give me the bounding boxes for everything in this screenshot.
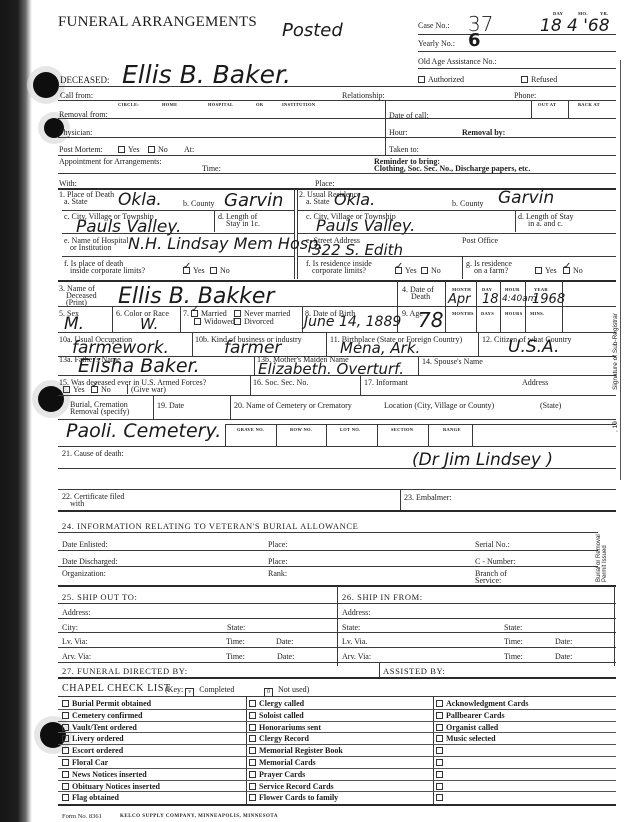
sub-registrar-label: Signature of Sub-Registrar [612,313,619,390]
ship-in-lv-date-label: Date: [555,637,572,646]
form-number: Form No. 8361 [62,813,102,820]
assisted-by-label: ASSISTED BY: [383,666,445,676]
checklist-item-label: Escort ordered [72,746,123,755]
checklist-item-label: Acknowledgment Cards [446,699,528,708]
checklist-item[interactable]: Livery ordered [62,734,124,743]
checklist-item-label: Pallbearer Cards [446,711,505,720]
checklist-item-label: Flag obtained [72,793,119,802]
burial-method-label-2: Removal (specify) [70,407,129,416]
checklist-item-label: Memorial Cards [259,758,316,767]
cause-value: (Dr Jim Lindsey ) [412,450,553,470]
checklist-checkbox[interactable] [62,771,69,778]
checklist-item[interactable]: Obituary Notices inserted [62,782,160,791]
checklist-item-label: Honorariums sent [259,723,321,732]
circle-institution[interactable]: INSTITUTION [282,102,315,107]
pod-corp-no-checkbox[interactable] [210,267,217,274]
circle-label: CIRCLE: [118,102,139,107]
rank-label: Rank: [268,569,287,578]
birthplace-value: Mena, Ark. [340,339,420,357]
serial-no-label: Serial No.: [475,540,510,549]
divorced-checkbox[interactable] [234,318,241,325]
date-enlisted-label: Date Enlisted: [62,540,108,549]
yearly-no-value: 6 [468,30,481,51]
checklist-checkbox[interactable] [62,735,69,742]
cause-label: 21. Cause of death: [62,449,124,458]
scan-edge [0,0,32,822]
checklist-checkbox[interactable] [62,747,69,754]
post-mortem-label: Post Mortem: [59,145,103,154]
checklist-item-label: Organist called [446,723,498,732]
post-mortem-no-checkbox[interactable] [148,146,155,153]
pod-county-label: b. County [183,199,215,208]
authorized-label: Authorized [428,75,464,84]
checklist-item-label: Cemetery confirmed [72,711,142,720]
key-prefix: (Key: [165,685,183,694]
ship-out-heading: 25. SHIP OUT TO: [62,592,137,602]
checklist-item-label: Burial Permit obtained [72,699,151,708]
age-col-mins: MINS. [530,311,544,316]
res-state-label: a. State [306,197,330,206]
checklist-item-label: Music selected [446,734,496,743]
ship-out-city-label: City: [62,623,78,632]
checklist-checkbox[interactable] [436,783,443,790]
res-farm-yes-checkbox[interactable] [535,267,542,274]
checklist-checkbox[interactable] [249,747,256,754]
marital-divorced[interactable]: Divorced [234,317,274,326]
ship-out-lv-date-label: Date: [276,637,293,646]
checklist-item[interactable]: Memorial Register Book [249,746,343,755]
checklist-heading: CHAPEL CHECK LIST [62,683,171,694]
checklist-item-label: Service Record Cards [259,782,334,791]
informant-address-label: Address [522,378,548,387]
refused-checkbox[interactable] [521,76,528,83]
checklist-item[interactable]: Music selected [436,734,496,743]
checklist-item-label: Clergy Record [259,734,309,743]
res-county-value: Garvin [498,188,554,208]
ship-out-state-label: State: [227,623,245,632]
checklist-item-label: Prayer Cards [259,770,305,779]
pod-stay-label-2: Stay in 1c. [226,219,260,228]
death-month-value: Apr [448,292,471,307]
physician-label: Physician: [59,128,92,137]
circle-or: OR [256,102,263,107]
date-discharged-label: Date Discharged: [62,557,118,566]
res-stay-label-2: in a. and c. [528,219,563,228]
res-corp-yes[interactable]: Yes [395,266,417,275]
ship-in-state2-label: State: [504,623,522,632]
place-label: Place: [315,179,335,188]
checklist-item-label: Vault/Tent ordered [72,723,137,732]
checklist-item[interactable]: Vault/Tent ordered [62,723,137,732]
married-checkbox[interactable] [191,310,198,317]
ship-out-arv-date-label: Date: [277,652,294,661]
age-value: 78 [418,308,443,332]
checklist-checkbox[interactable] [249,735,256,742]
armed-no[interactable]: No [91,385,111,394]
no-label: No [158,145,168,154]
pod-corp-yes-checkbox[interactable] [183,267,190,274]
yes-label: Yes [128,145,140,154]
checklist-item[interactable]: Escort ordered [62,746,123,755]
checklist-checkbox[interactable] [436,794,443,801]
hour-label: Hour: [389,128,408,137]
publisher: KELCO SUPPLY COMPANY, MINNEAPOLIS, MINNE… [120,814,278,819]
yearly-no-label: Yearly No.: [418,39,455,48]
res-farm-no-checkbox[interactable] [563,267,570,274]
pod-hospital-label-2: or Institution [70,243,112,252]
ship-in-arv-via-label: Arv. Via: [342,652,371,661]
checklist-item[interactable]: Memorial Cards [249,758,316,767]
informant-label: 17. Informant [364,378,408,387]
res-corp-label-2: corporate limits? [312,266,366,275]
burial-date-label: 19. Date [157,401,184,410]
checklist-item[interactable]: Prayer Cards [249,770,305,779]
punch-hole [38,386,64,412]
with-label: With: [59,179,77,188]
checklist-item[interactable]: Organist called [436,723,498,732]
ship-in-heading: 26. SHIP IN FROM: [342,592,423,602]
ship-in-arv-time-label: Time: [504,652,523,661]
age-col-months: MONTHS [452,311,474,316]
checklist-checkbox[interactable] [436,771,443,778]
punch-hole [33,72,59,98]
ship-in-lv-via-label: Lv. Via. [342,637,367,646]
give-war-label: (Give war) [131,385,166,394]
checklist-checkbox[interactable] [249,794,256,801]
old-age-label: Old Age Assistance No.: [418,57,497,66]
checklist-checkbox[interactable] [436,735,443,742]
ship-out-arv-time-label: Time: [226,652,245,661]
post-mortem-yes-checkbox[interactable] [118,146,125,153]
divorced-label: Divorced [244,317,274,326]
post-mortem-no[interactable]: No [148,145,168,154]
checklist-item[interactable]: Floral Car [62,758,108,767]
burial-state-label: (State) [540,401,561,410]
ship-out-address-label: Address: [62,608,90,617]
yes-label: Yes [193,266,205,275]
pod-corp-no[interactable]: No [210,266,230,275]
checklist-item[interactable]: Honorariums sent [249,723,321,732]
no-label: No [431,266,441,275]
checklist-item-label: Clergy called [259,699,304,708]
father-value: Elisha Baker. [78,355,200,377]
back-at-label: BACK AT [578,102,600,107]
authorized-option[interactable]: Authorized [418,75,464,84]
checklist-checkbox[interactable] [436,759,443,766]
circle-hospital[interactable]: HOSPITAL [208,102,233,107]
checklist-item-label: Obituary Notices inserted [72,782,160,791]
armed-yes[interactable]: Yes [63,385,85,394]
citizen-value: U.S.A. [508,337,559,357]
checklist-checkbox[interactable] [249,771,256,778]
posted-stamp: Posted [282,20,343,41]
phone-label: Phone: [514,91,536,100]
checklist-item[interactable]: Burial Permit obtained [62,699,151,708]
appointment-time-label: Time: [202,164,221,173]
checklist-item-label: Flower Cards to family [259,793,338,802]
marital-prefix: 7. [183,309,189,318]
checklist-checkbox[interactable] [249,783,256,790]
checklist-checkbox[interactable] [249,712,256,719]
post-mortem-yes[interactable]: Yes [118,145,140,154]
burial-permit-label: Burial or Removal Permit Issued [596,534,608,582]
checklist-item[interactable] [436,770,446,779]
plot-col-range: RANGE [443,427,461,432]
res-corp-no[interactable]: No [421,266,441,275]
cemetery-label: 20. Name of Cemetery or Crematory [234,401,352,410]
ship-out-arv-via-label: Arv. Via: [62,652,91,661]
checklist-item[interactable] [436,758,446,767]
refused-option[interactable]: Refused [521,75,557,84]
certificate-label-2: with [70,499,84,508]
checklist-item-label: Livery ordered [72,734,124,743]
checklist-checkbox[interactable] [249,724,256,731]
checklist-item[interactable] [436,782,446,791]
checklist-checkbox[interactable] [62,724,69,731]
res-corp-yes-checkbox[interactable] [395,267,402,274]
pod-corp-yes[interactable]: Yes [183,266,205,275]
reminder-line2: Clothing, Soc. Sec. No., Discharge paper… [374,164,530,173]
ship-out-lv-time-label: Time: [226,637,245,646]
checklist-item[interactable]: Service Record Cards [249,782,334,791]
circle-home[interactable]: HOME [162,102,177,107]
form-title: FUNERAL ARRANGEMENTS [58,14,257,31]
key-not-used-label: Not used) [278,685,309,694]
armed-yes-checkbox[interactable] [63,386,70,393]
checklist-checkbox[interactable] [249,759,256,766]
checklist-checkbox[interactable] [62,794,69,801]
pod-hospital-value: N.H. Lindsay Mem Hosp. [128,234,323,253]
checklist-item[interactable]: Pallbearer Cards [436,711,505,720]
directed-by-heading: 27. FUNERAL DIRECTED BY: [62,666,188,676]
call-from-label: Call from: [60,91,93,100]
res-corp-no-checkbox[interactable] [421,267,428,274]
res-county-label: b. County [452,199,484,208]
checklist-item[interactable]: News Notices inserted [62,770,147,779]
checklist-item[interactable]: Flag obtained [62,793,119,802]
checklist-item[interactable]: Acknowledgment Cards [436,699,528,708]
at-label: At: [184,145,194,154]
race-value: W. [140,315,158,333]
death-year-value: 1968 [532,292,565,307]
case-no-label: Case No.: [418,21,450,30]
checklist-checkbox[interactable] [62,712,69,719]
yes-label: Yes [405,266,417,275]
appointment-label: Appointment for Arrangements: [59,157,162,166]
ssn-label: 16. Soc. Sec. No. [253,378,308,387]
nineteen-label: , 19 [612,421,619,432]
discharged-place-label: Place: [268,557,288,566]
no-label: No [220,266,230,275]
pod-state-value: Okla. [118,190,162,210]
case-date-value: 18 4 '68 [540,16,610,36]
checklist-checkbox[interactable] [436,700,443,707]
sex-value: M. [64,314,84,334]
deceased-value: Ellis B. Baker. [122,60,291,89]
embalmer-label: 23. Embalmer: [404,493,452,502]
removal-by-label: Removal by: [462,128,505,137]
ship-in-state-label: State: [342,623,360,632]
no-label: No [573,266,583,275]
enlisted-place-label: Place: [268,540,288,549]
location-label: Location (City, Village or County) [384,401,494,410]
checklist-item[interactable]: Clergy Record [249,734,309,743]
checklist-checkbox[interactable] [249,700,256,707]
checklist-item[interactable]: Clergy called [249,699,304,708]
checklist-item[interactable] [436,746,446,755]
checklist-checkbox[interactable] [436,724,443,731]
res-farm-yes[interactable]: Yes [535,266,557,275]
age-col-hours: HOURS [505,311,523,316]
dob-value: June 14, 1889 [304,314,401,330]
checklist-checkbox[interactable] [436,747,443,754]
checklist-item[interactable]: Soloist called [249,711,304,720]
ship-in-address-label: Address: [342,608,370,617]
never-married-checkbox[interactable] [234,310,241,317]
res-post-office-label: Post Office [462,236,498,245]
checklist-item[interactable] [436,793,446,802]
armed-no-checkbox[interactable] [91,386,98,393]
plot-col-row: ROW NO. [290,427,312,432]
pod-county-value: Garvin [224,190,283,211]
veteran-heading: 24. INFORMATION RELATING TO VETERAN'S BU… [62,521,358,531]
checklist-checkbox[interactable] [62,700,69,707]
death-day-value: 18 [482,292,499,307]
plot-col-section: SECTION [391,427,413,432]
res-state-value: Okla. [334,190,375,209]
checklist-item[interactable]: Cemetery confirmed [62,711,142,720]
widowed-checkbox[interactable] [194,318,201,325]
checklist-item-label: Floral Car [72,758,108,767]
age-col-days: DAYS [481,311,494,316]
res-farm-no[interactable]: No [563,266,583,275]
checklist-checkbox[interactable] [62,783,69,790]
yes-label: Yes [545,266,557,275]
taken-to-label: Taken to: [389,145,419,154]
checklist-checkbox[interactable] [62,759,69,766]
no-label: No [101,385,111,394]
plot-col-grave: GRAVE NO. [237,427,264,432]
ship-in-lv-time-label: Time: [504,637,523,646]
authorized-checkbox[interactable] [418,76,425,83]
cemetery-value: Paoli. Cemetery. [66,420,221,442]
death-date-label-2: Death [411,292,430,301]
spouse-label: 14. Spouse's Name [422,357,483,366]
checklist-item-label: Soloist called [259,711,304,720]
organization-label: Organization: [62,569,106,578]
refused-label: Refused [531,75,557,84]
branch-label-2: Service: [475,576,501,585]
marital-widowed[interactable]: Widowed [194,317,235,326]
pod-state-label: a. State [64,197,88,206]
relationship-label: Relationship: [342,91,385,100]
ship-in-arv-date-label: Date: [555,652,572,661]
c-number-label: C - Number: [475,557,515,566]
checklist-item-label: Memorial Register Book [259,746,343,755]
key-completed-label: Completed [199,685,234,694]
yes-label: Yes [73,385,85,394]
widowed-label: Widowed [204,317,235,326]
res-farm-label-2: on a farm? [474,266,508,275]
out-at-label: OUT AT [538,102,556,107]
checklist-checkbox[interactable] [436,712,443,719]
checklist-item[interactable]: Flower Cards to family [249,793,338,802]
plot-col-lot: LOT NO. [340,427,361,432]
pod-corp-label-2: inside corporate limits? [70,266,145,275]
checklist-item-label: News Notices inserted [72,770,147,779]
ship-out-lv-via-label: Lv. Via: [62,637,88,646]
death-col-hour: HOUR [505,287,520,292]
deceased-label: DECEASED: [60,76,110,85]
